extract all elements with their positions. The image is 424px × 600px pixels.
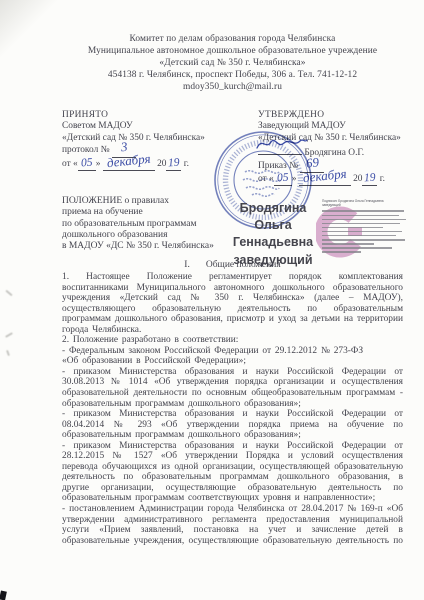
certificate-text-line: заведующий xyxy=(322,203,409,207)
signer-name-line: Ольга xyxy=(229,217,317,234)
body-paragraph: «Об образовании в Российской Федерации»; xyxy=(62,356,403,367)
body-paragraph: - приказом Министерства образования и на… xyxy=(62,441,403,504)
certificate-microtext xyxy=(322,227,383,229)
signer-name-line: Бродягина xyxy=(229,200,317,217)
body-paragraph: - приказом Министерства образования и на… xyxy=(62,367,403,409)
certificate-microtext xyxy=(322,235,396,237)
scanned-document-page: Комитет по делам образования города Челя… xyxy=(0,0,424,600)
certificate-microtext xyxy=(322,231,402,233)
protocol-label: протокол № xyxy=(62,145,110,155)
esignature-certificate-stamp: Подписан: Бродягина Ольга Геннадьевна за… xyxy=(316,197,411,263)
scan-pencil-mark xyxy=(6,350,10,356)
esignature-signer-name: Бродягина Ольга Геннадьевна заведующий xyxy=(229,200,317,269)
letterhead-line: Муниципальное автономное дошкольное обра… xyxy=(60,45,405,57)
section-title: Общие положения xyxy=(206,260,281,270)
certificate-microtext xyxy=(322,251,361,253)
approved-title: УТВЕРЖДЕНО xyxy=(258,110,418,121)
certificate-text-block: Подписан: Бродягина Ольга Геннадьевна за… xyxy=(316,197,411,253)
body-paragraph: 1. Настоящее Положение регламентирует по… xyxy=(62,272,403,335)
date-from: от « xyxy=(62,159,78,169)
certificate-microtext xyxy=(322,223,400,225)
scan-edge-mark xyxy=(0,590,7,600)
letterhead-line: 454138 г. Челябинск, проспект Победы, 30… xyxy=(60,69,405,81)
accepted-title: ПРИНЯТО xyxy=(62,110,252,121)
document-body: 1. Настоящее Положение регламентирует по… xyxy=(62,272,403,546)
date-quote: » xyxy=(96,159,101,169)
letterhead-line: Комитет по делам образования города Челя… xyxy=(60,33,405,45)
scan-pencil-mark xyxy=(5,332,13,338)
certificate-microtext xyxy=(322,243,374,245)
date-g: г. xyxy=(380,174,385,184)
body-paragraph: - постановлением Администрации города Че… xyxy=(62,504,403,546)
certificate-microtext xyxy=(322,215,399,217)
body-paragraph: 2. Положение разработано в соответствии: xyxy=(62,335,403,346)
date-month-handwritten: декабря xyxy=(103,158,155,171)
certificate-microtext xyxy=(322,210,404,212)
date-year-handwritten: 19 xyxy=(362,174,377,186)
date-year-handwritten: 19 xyxy=(166,159,181,171)
section-numeral: I. xyxy=(184,260,190,270)
certificate-microtext xyxy=(322,247,392,249)
certificate-microtext xyxy=(322,239,405,241)
section-heading: I.Общие положения xyxy=(62,260,403,270)
date-day-handwritten: 05 xyxy=(78,159,96,171)
date-century: 20 xyxy=(353,174,362,184)
letterhead-line: «Детский сад № 350 г. Челябинска» xyxy=(60,57,405,69)
signer-name-line: Геннадьевна xyxy=(229,234,317,251)
date-g: г. xyxy=(184,159,189,169)
letterhead: Комитет по делам образования города Челя… xyxy=(60,33,405,93)
letterhead-email: mdoy350_kurch@mail.ru xyxy=(60,81,405,93)
scan-pencil-mark xyxy=(5,290,12,297)
body-paragraph: - Федеральным законом Российской Федерац… xyxy=(62,346,403,357)
date-century: 20 xyxy=(157,159,166,169)
body-paragraph: - приказом Министерства образования и на… xyxy=(62,409,403,441)
certificate-microtext xyxy=(322,219,406,221)
